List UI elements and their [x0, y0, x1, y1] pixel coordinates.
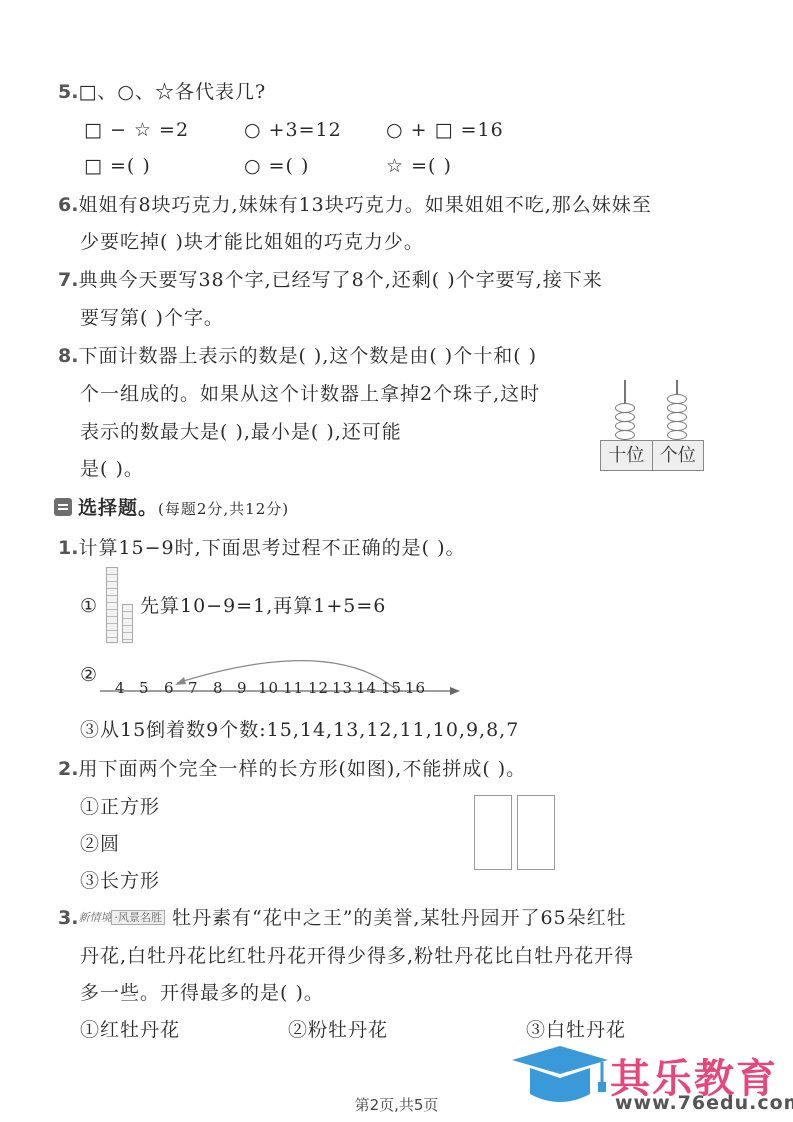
bead-icon: [667, 394, 687, 404]
abacus-base: 十位 个位: [600, 440, 704, 471]
ten-blocks-icon: [106, 567, 118, 643]
c3-line3[interactable]: 多一些。开得最多的是( )。: [80, 981, 324, 1005]
q8-line1: 8.下面计数器上表示的数是( ),这个数是由( )个十和( ): [58, 344, 537, 368]
q5-answer-square[interactable]: □ =( ): [84, 154, 151, 178]
c1-option2-mark[interactable]: ②: [80, 663, 98, 687]
ones-label: 个位: [653, 441, 704, 470]
bead-icon: [667, 421, 687, 431]
q5-answer-circle[interactable]: ○ =( ): [244, 154, 309, 178]
c2-option2[interactable]: ②圆: [80, 832, 120, 856]
bead-icon: [615, 430, 635, 440]
abacus-counter: 十位 个位: [600, 378, 702, 470]
q8-line4[interactable]: 是( )。: [80, 457, 144, 481]
q5-equation-1: □ − ☆ =2: [84, 118, 189, 142]
q5-equation-2: ○ +3=12: [244, 118, 342, 142]
c2-option3[interactable]: ③长方形: [80, 869, 160, 893]
q7-line2[interactable]: 要写第( )个字。: [80, 306, 224, 330]
five-blocks-icon: [122, 604, 133, 643]
q6-line1: 6.姐姐有8块巧克力,妹妹有13块巧克力。如果姐姐不吃,那么妹妹至: [58, 193, 652, 217]
c1-stem[interactable]: 1.计算15−9时,下面思考过程不正确的是( )。: [58, 536, 466, 560]
q8-line3[interactable]: 表示的数最大是( ),最小是( ),还可能: [80, 420, 402, 444]
c1-option1-mark[interactable]: ①: [80, 594, 98, 618]
c2-option1[interactable]: ①正方形: [80, 795, 160, 819]
q5-answer-star[interactable]: ☆ =( ): [386, 154, 452, 178]
rectangle-figure-2: [517, 795, 555, 870]
c3-option1[interactable]: ①红牡丹花: [80, 1018, 180, 1042]
section-three-icon: [54, 498, 72, 516]
c3-line1: 3.新情境·风景名胜 牡丹素有“花中之王”的美誉,某牡丹园开了65朵红牡: [58, 906, 627, 930]
rectangle-figure-1: [474, 795, 512, 870]
c1-option3[interactable]: ③从15倒着数9个数:15,14,13,12,11,10,9,8,7: [80, 718, 519, 742]
tens-label: 十位: [601, 441, 653, 470]
bead-icon: [667, 430, 687, 440]
c3-line2: 丹花,白牡丹花比红牡丹花开得少得多,粉牡丹花比白牡丹花开得: [80, 944, 634, 968]
q5-title: 5.□、○、☆各代表几?: [58, 80, 266, 104]
bead-icon: [667, 403, 687, 413]
q5-equation-3: ○ + □ =16: [386, 118, 504, 142]
c3-option3[interactable]: ③白牡丹花: [526, 1018, 626, 1042]
q8-line2: 个一组成的。如果从这个计数器上拿掉2个珠子,这时: [80, 382, 540, 406]
bead-icon: [615, 421, 635, 431]
bead-icon: [615, 403, 635, 413]
bead-icon: [667, 412, 687, 422]
bead-icon: [615, 412, 635, 422]
context-badge: 新情境·风景名胜: [78, 906, 165, 930]
c2-stem[interactable]: 2.用下面两个完全一样的长方形(如图),不能拼成( )。: [58, 757, 526, 781]
c1-option1[interactable]: 先算10−9=1,再算1+5=6: [140, 594, 386, 618]
c3-option2[interactable]: ②粉牡丹花: [288, 1018, 388, 1042]
section-heading: 选择题。(每题2分,共12分): [78, 496, 289, 521]
q6-line2[interactable]: 少要吃掉( )块才能比姐姐的巧克力少。: [80, 230, 424, 254]
page-footer: 第2页,共5页: [0, 1094, 793, 1115]
q7-line1: 7.典典今天要写38个字,已经写了8个,还剩( )个字要写,接下来: [58, 268, 603, 292]
